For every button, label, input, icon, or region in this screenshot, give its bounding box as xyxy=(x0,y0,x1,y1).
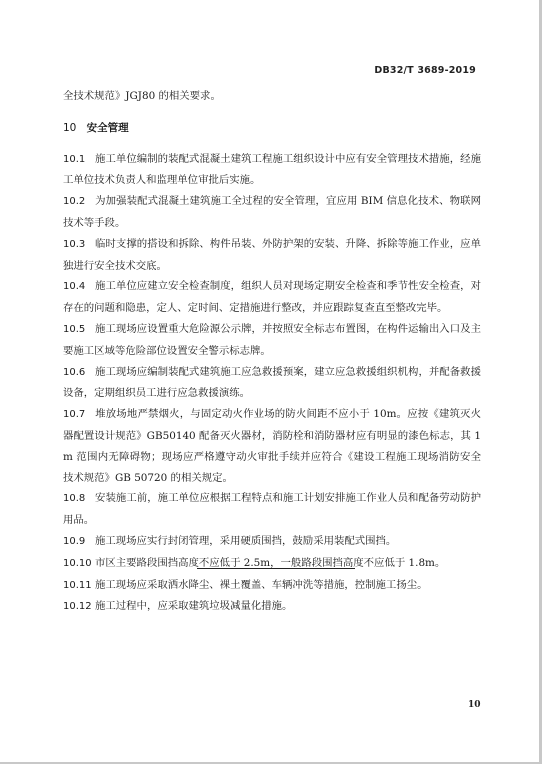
clause-text: 市区主要路段围挡高度不应低于 2.5m，一般路段围挡高度不应低于 1.8m。 xyxy=(95,557,445,569)
chapter-heading: 10 安全管理 xyxy=(63,118,481,139)
clause-number: 10.10 xyxy=(63,554,95,575)
clause-number: 10.6 xyxy=(63,363,95,384)
clause-text: 安装施工前，施工单位应根据工程特点和施工计划安排施工作业人员和配备劳动防护用品。 xyxy=(63,492,481,526)
continuation-text: 全技术规范》JGJ80 的相关要求。 xyxy=(63,86,481,107)
clause: 10.5施工现场应设置重大危险源公示牌，并按照安全标志布置图，在构件运输出入口及… xyxy=(63,319,481,362)
clause-text: 为加强装配式混凝土建筑施工全过程的安全管理，宜应用 BIM 信息化技术、物联网技… xyxy=(63,195,481,229)
clause-text: 施工单位编制的装配式混凝土建筑工程施工组织设计中应有安全管理技术措施，经施工单位… xyxy=(63,153,481,187)
clause-text: 施工现场应实行封闭管理，采用硬质围挡，鼓励采用装配式围挡。 xyxy=(95,535,396,547)
clause-number: 10.2 xyxy=(63,192,95,213)
clause: 10.3临时支撑的搭设和拆除、构件吊装、外防护架的安装、升降、拆除等施工作业，应… xyxy=(63,234,481,277)
clause-number: 10.3 xyxy=(63,235,95,256)
page-content: 全技术规范》JGJ80 的相关要求。 10 安全管理 10.1施工单位编制的装配… xyxy=(63,86,481,618)
clause-number: 10.1 xyxy=(63,150,95,171)
clause-number: 10.4 xyxy=(63,277,95,298)
clause-number: 10.7 xyxy=(63,405,95,426)
clause: 10.4施工单位应建立安全检查制度，组织人员对现场定期安全检查和季节性安全检查，… xyxy=(63,276,481,319)
clause: 10.12施工过程中，应采取建筑垃圾减量化措施。 xyxy=(63,596,481,618)
clause: 10.2为加强装配式混凝土建筑施工全过程的安全管理，宜应用 BIM 信息化技术、… xyxy=(63,191,481,234)
chapter-title: 安全管理 xyxy=(87,122,129,134)
standard-code: DB32/T 3689-2019 xyxy=(374,65,476,76)
clause: 10.7堆放场地严禁烟火，与固定动火作业场的防火间距不应小于 10m。应按《建筑… xyxy=(63,404,481,488)
clause-number: 10.8 xyxy=(63,489,95,510)
chapter-number: 10 xyxy=(63,118,83,139)
end-of-text-divider xyxy=(197,568,355,569)
clause-text: 堆放场地严禁烟火，与固定动火作业场的防火间距不应小于 10m。应按《建筑灭火器配… xyxy=(63,408,481,483)
clause-number: 10.11 xyxy=(63,576,95,597)
clause-number: 10.9 xyxy=(63,532,95,553)
clause: 10.6施工现场应编制装配式建筑施工应急救援预案，建立应急救援组织机构，并配备救… xyxy=(63,362,481,405)
clause-text: 施工现场应采取洒水降尘、裸土覆盖、车辆冲洗等措施，控制施工扬尘。 xyxy=(95,579,428,591)
clause: 10.10市区主要路段围挡高度不应低于 2.5m，一般路段围挡高度不应低于 1.… xyxy=(63,553,481,575)
clause: 10.8安装施工前，施工单位应根据工程特点和施工计划安排施工作业人员和配备劳动防… xyxy=(63,488,481,531)
clause: 10.1施工单位编制的装配式混凝土建筑工程施工组织设计中应有安全管理技术措施，经… xyxy=(63,149,481,192)
clause-text: 施工现场应设置重大危险源公示牌，并按照安全标志布置图，在构件运输出入口及主要施工… xyxy=(63,323,481,357)
page-number: 10 xyxy=(468,700,481,710)
clause-text: 施工单位应建立安全检查制度，组织人员对现场定期安全检查和季节性安全检查，对存在的… xyxy=(63,280,481,314)
clause-number: 10.5 xyxy=(63,320,95,341)
clause-text: 临时支撑的搭设和拆除、构件吊装、外防护架的安装、升降、拆除等施工作业，应单独进行… xyxy=(63,238,481,272)
clause-text: 施工过程中，应采取建筑垃圾减量化措施。 xyxy=(95,600,292,612)
clause-number: 10.12 xyxy=(63,597,95,618)
clause-text: 施工现场应编制装配式建筑施工应急救援预案，建立应急救援组织机构，并配备救援设备，… xyxy=(63,366,481,400)
document-page: DB32/T 3689-2019 全技术规范》JGJ80 的相关要求。 10 安… xyxy=(0,0,539,762)
clause: 10.11施工现场应采取洒水降尘、裸土覆盖、车辆冲洗等措施，控制施工扬尘。 xyxy=(63,575,481,597)
clause: 10.9施工现场应实行封闭管理，采用硬质围挡，鼓励采用装配式围挡。 xyxy=(63,531,481,553)
